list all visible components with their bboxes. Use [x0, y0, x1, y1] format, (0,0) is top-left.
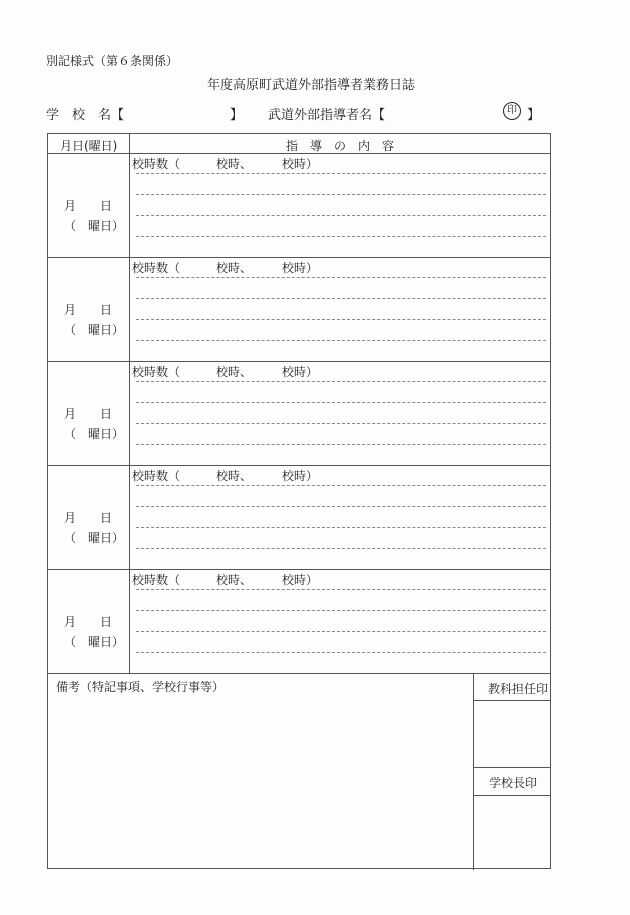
hours-count[interactable]: 校時数（ 校時、 校時）: [132, 363, 318, 380]
school-name-field[interactable]: [130, 100, 225, 120]
month-day[interactable]: 月 日: [64, 613, 112, 630]
hours-count[interactable]: 校時数（ 校時、 校時）: [132, 259, 318, 276]
page-title: 年度高原町武道外部指導者業務日誌: [207, 74, 415, 93]
remarks-field[interactable]: [48, 694, 472, 868]
instructor-name-close: 】: [527, 104, 540, 123]
weekday[interactable]: （ 曜日）: [64, 217, 124, 234]
school-name-label: 学 校 名【: [46, 104, 124, 123]
teacher-seal-box[interactable]: [474, 701, 550, 767]
header-content: 指 導 の 内 容: [286, 137, 394, 154]
hours-count[interactable]: 校時数（ 校時、 校時）: [132, 467, 318, 484]
hours-count[interactable]: 校時数（ 校時、 校時）: [132, 155, 318, 172]
school-name-close: 】: [230, 104, 243, 123]
log-table: 月日(曜日) 指 導 の 内 容 校時数（ 校時、 校時） 月 日 （ 曜日） …: [47, 133, 551, 869]
month-day[interactable]: 月 日: [64, 405, 112, 422]
teacher-seal-label: 教科担任印: [488, 680, 548, 697]
instructor-name-field[interactable]: [380, 100, 500, 120]
seal-icon: 印: [503, 102, 521, 120]
weekday[interactable]: （ 曜日）: [64, 321, 124, 338]
weekday[interactable]: （ 曜日）: [64, 633, 124, 650]
instructor-name-label: 武道外部指導者名【: [268, 104, 385, 123]
principal-seal-box[interactable]: [474, 796, 550, 868]
principal-seal-label: 学校長印: [489, 774, 537, 791]
form-id: 別記様式（第６条関係）: [46, 52, 178, 69]
hours-count[interactable]: 校時数（ 校時、 校時）: [132, 571, 318, 588]
weekday[interactable]: （ 曜日）: [64, 425, 124, 442]
month-day[interactable]: 月 日: [64, 197, 112, 214]
weekday[interactable]: （ 曜日）: [64, 529, 124, 546]
header-date: 月日(曜日): [60, 137, 117, 154]
month-day[interactable]: 月 日: [64, 509, 112, 526]
remarks-label: 備考（特記事項、学校行事等）: [56, 678, 224, 695]
month-day[interactable]: 月 日: [64, 301, 112, 318]
